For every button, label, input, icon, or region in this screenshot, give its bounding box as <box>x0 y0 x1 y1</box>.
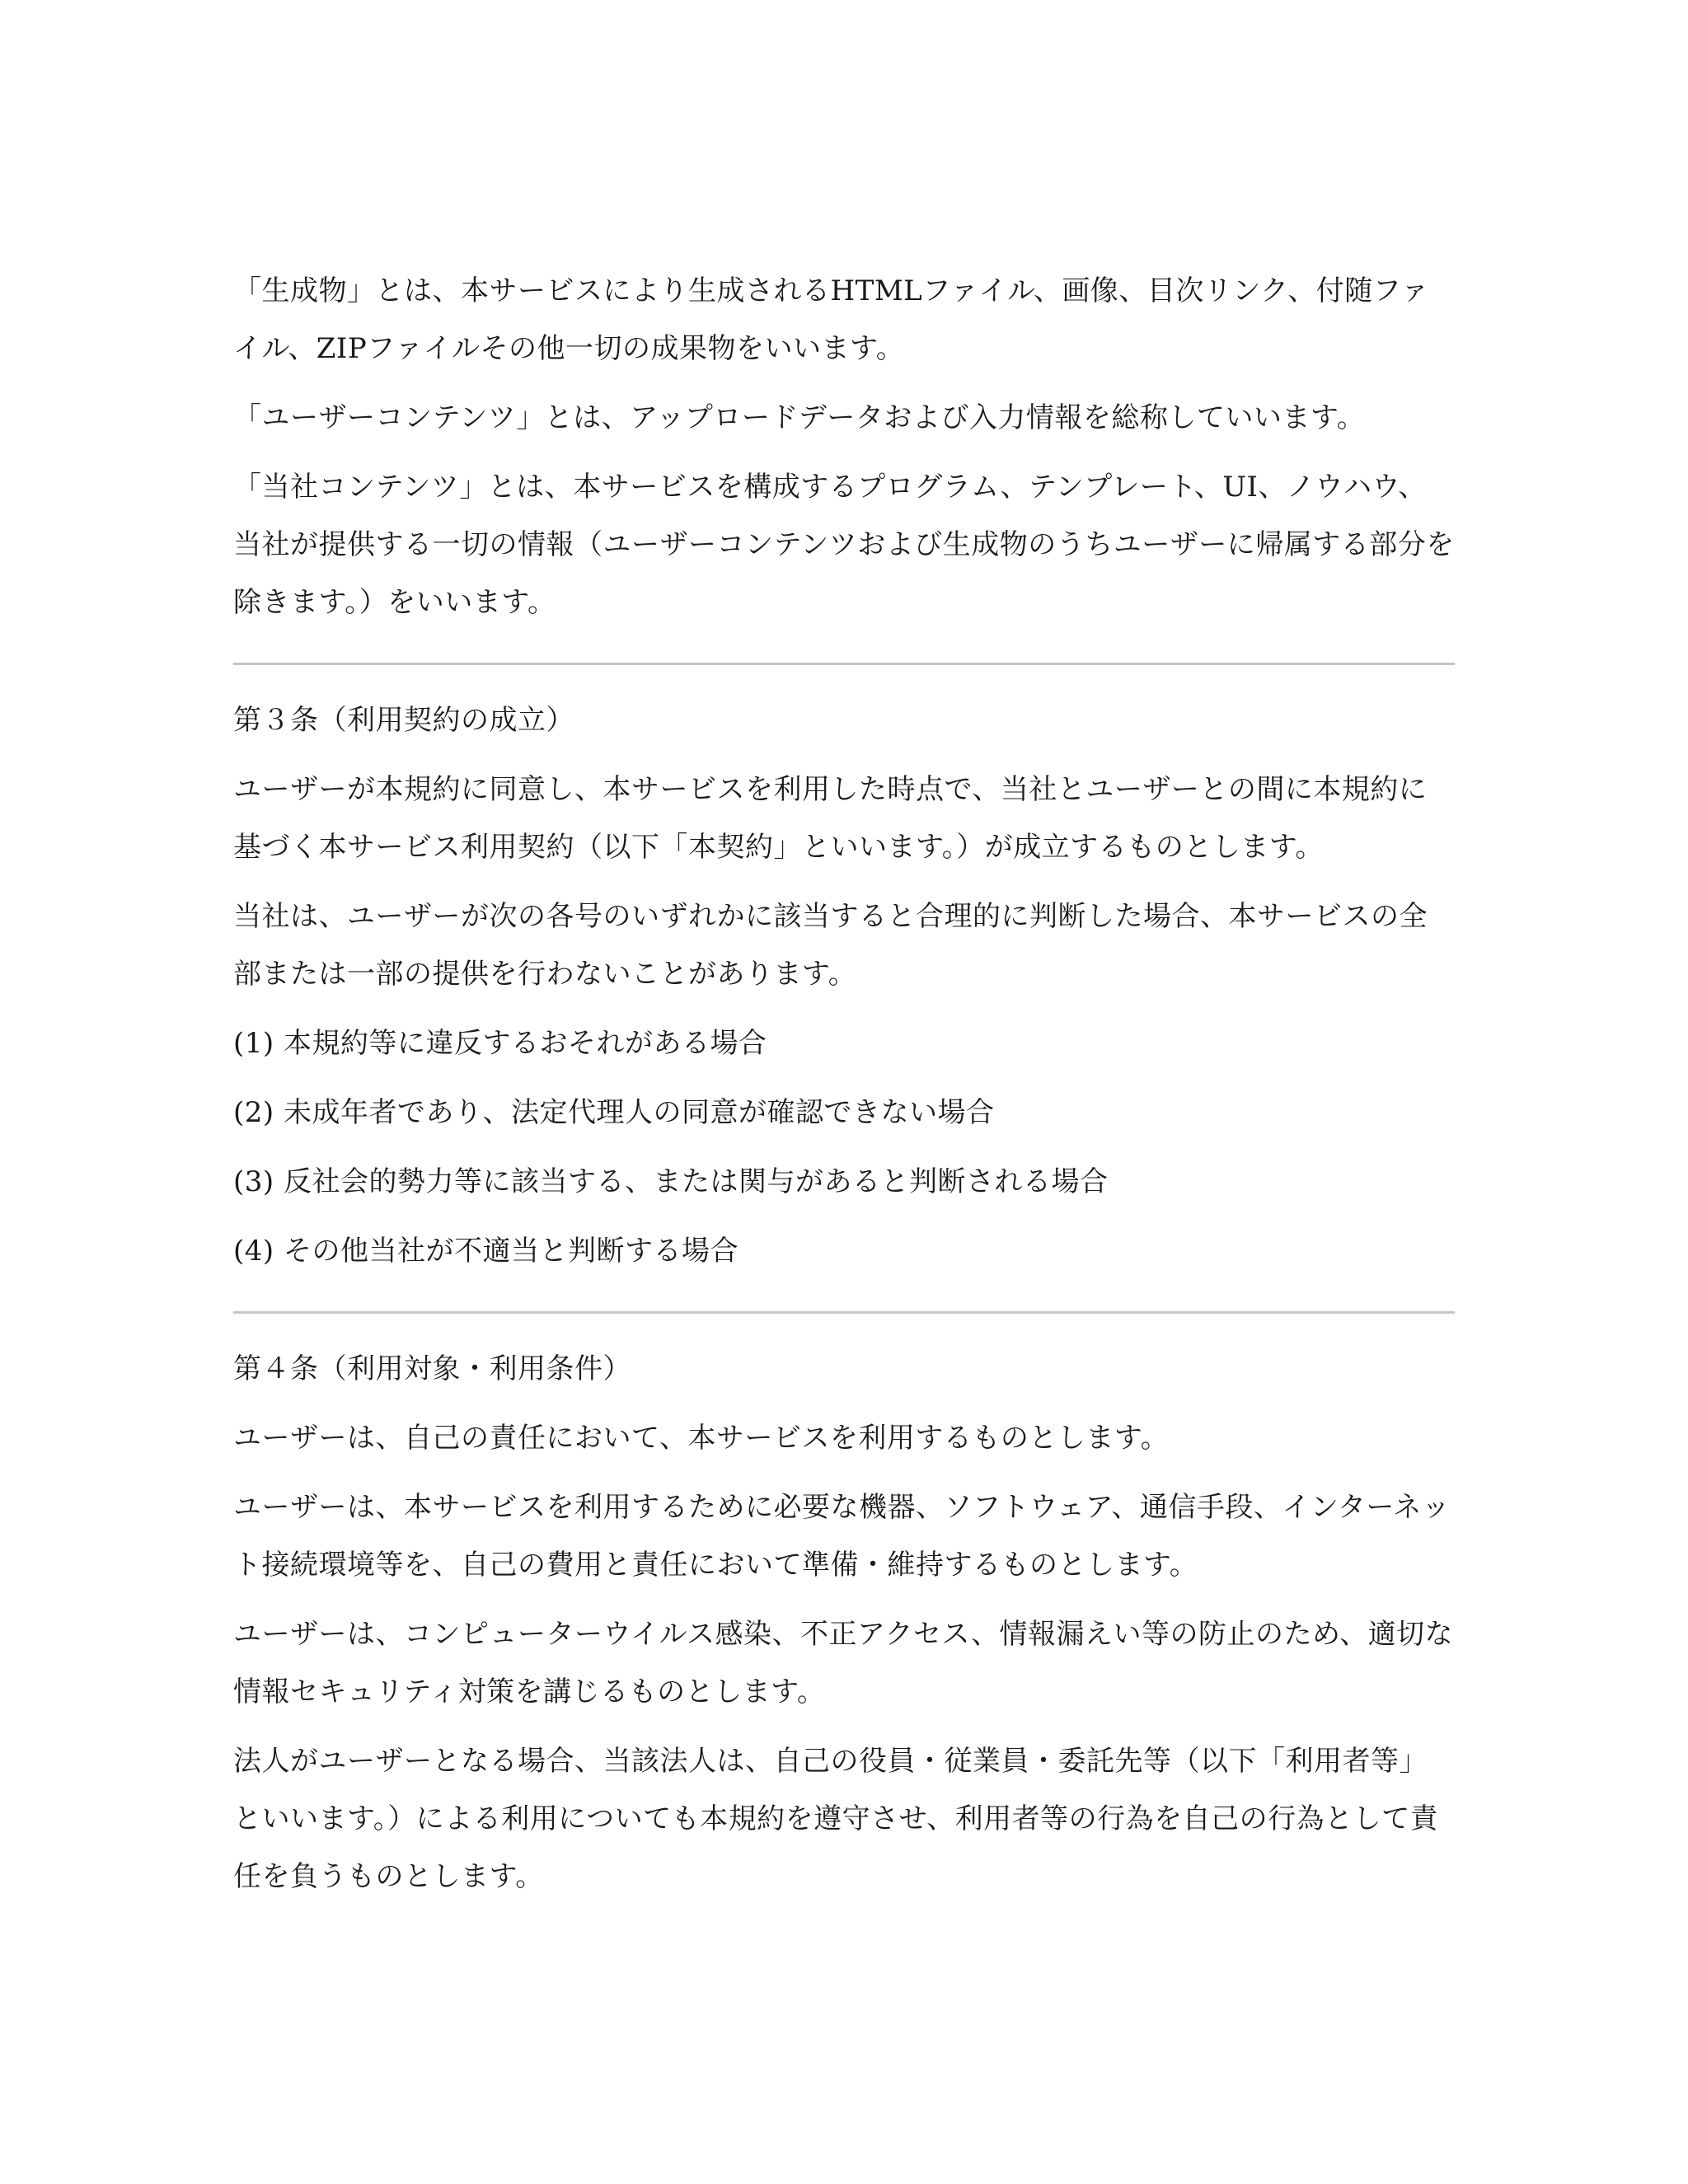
article-4-paragraph: ユーザーは、コンピューターウイルス感染、不正アクセス、情報漏えい等の防止のため、… <box>233 1605 1455 1721</box>
article-3-paragraph: 当社は、ユーザーが次の各号のいずれかに該当すると合理的に判断した場合、本サービス… <box>233 888 1455 1003</box>
definition-user-content: 「ユーザーコンテンツ」とは、アップロードデータおよび入力情報を総称していいます。 <box>233 389 1455 447</box>
list-item: (2) 未成年者であり、法定代理人の同意が確認できない場合 <box>233 1084 1455 1141</box>
article-3-heading: 第３条（利用契約の成立） <box>233 691 1455 749</box>
article-4-heading: 第４条（利用対象・利用条件） <box>233 1340 1455 1398</box>
article-3-section: 第３条（利用契約の成立） ユーザーが本規約に同意し、本サービスを利用した時点で、… <box>233 691 1455 1280</box>
article-4-section: 第４条（利用対象・利用条件） ユーザーは、自己の責任において、本サービスを利用す… <box>233 1340 1455 1905</box>
article-3-paragraph: ユーザーが本規約に同意し、本サービスを利用した時点で、当社とユーザーとの間に本規… <box>233 761 1455 876</box>
definition-generated-output: 「生成物」とは、本サービスにより生成されるHTMLファイル、画像、目次リンク、付… <box>233 262 1455 377</box>
definitions-section: 「生成物」とは、本サービスにより生成されるHTMLファイル、画像、目次リンク、付… <box>233 262 1455 631</box>
terms-document: 「生成物」とは、本サービスにより生成されるHTMLファイル、画像、目次リンク、付… <box>233 262 1455 1917</box>
article-3-list: (1) 本規約等に違反するおそれがある場合 (2) 未成年者であり、法定代理人の… <box>233 1015 1455 1280</box>
section-divider <box>233 1311 1455 1314</box>
list-item: (4) その他当社が不適当と判断する場合 <box>233 1222 1455 1280</box>
definition-company-content: 「当社コンテンツ」とは、本サービスを構成するプログラム、テンプレート、UI、ノウ… <box>233 458 1455 631</box>
list-item: (1) 本規約等に違反するおそれがある場合 <box>233 1015 1455 1072</box>
list-item: (3) 反社会的勢力等に該当する、または関与があると判断される場合 <box>233 1153 1455 1211</box>
article-4-paragraph: ユーザーは、本サービスを利用するために必要な機器、ソフトウェア、通信手段、インタ… <box>233 1479 1455 1594</box>
section-divider <box>233 663 1455 665</box>
article-4-paragraph: ユーザーは、自己の責任において、本サービスを利用するものとします。 <box>233 1409 1455 1467</box>
article-4-paragraph: 法人がユーザーとなる場合、当該法人は、自己の役員・従業員・委託先等（以下「利用者… <box>233 1732 1455 1905</box>
